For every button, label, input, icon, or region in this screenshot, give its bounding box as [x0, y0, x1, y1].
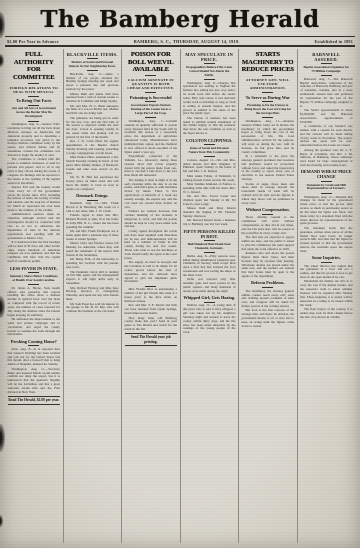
body-paragraph: Retailers who sell above the posted figu… — [242, 252, 295, 279]
crosshead: LESS FEVER IN STATE. — [8, 266, 61, 271]
body-paragraph: Misses Clara and Eleanor Guess left Mond… — [66, 242, 119, 257]
divider-rule — [28, 83, 39, 84]
divider-rule — [204, 156, 215, 157]
divider-rule — [87, 58, 98, 59]
body-paragraph: Blackville, Aug. 11.—Quite a number of o… — [66, 73, 119, 92]
divider-rule — [87, 70, 98, 71]
body-paragraph: Denmark, Aug. 11.—Mrs. Frank Brown is in… — [66, 202, 119, 214]
body-paragraph: Mr. and Mrs. H. C. Buist announce the bi… — [66, 105, 119, 117]
body-paragraph: The State's apportionment is about $3,50… — [300, 109, 353, 124]
divider-rule — [145, 92, 156, 93]
body-paragraph: The ginneries are being put in order for… — [66, 117, 119, 140]
divider-rule — [321, 181, 332, 182]
body-paragraph: Washington, Aug. 7.—Calcium arsenate in … — [125, 120, 178, 155]
crosshead: To Bring Out Facts — [8, 98, 61, 103]
body-paragraph: Among the speakers were Dr. C. E. Burts,… — [300, 149, 353, 168]
section-headline: MAY SPECULATE IN PRICE. — [183, 52, 236, 62]
body-paragraph: Experiments conducted at the Tallulah, L… — [125, 155, 178, 178]
body-paragraph: Stocks of sugar, flour, meat and shoes h… — [242, 183, 295, 206]
divider-rule — [321, 193, 332, 194]
deck: Any and All Acts of Government Across th… — [10, 107, 59, 119]
scan-artifact — [0, 54, 4, 67]
body-paragraph: Paris, Aug. 8.—It is reported here that … — [8, 348, 61, 367]
body-paragraph: Meanwhile the millers ask who is to carr… — [300, 280, 353, 307]
masthead: The Bamberg Herald — [0, 0, 360, 33]
body-paragraph: Senator Fall said the inquiry would cove… — [8, 186, 61, 213]
divider-rule — [262, 92, 273, 93]
body-paragraph: Mr. Deward Kinard made a business trip t… — [183, 219, 236, 227]
body-paragraph: The supply on hand in Georgia and the Ca… — [125, 261, 178, 284]
deck: Summary Shows Better Conditions of Healt… — [10, 275, 59, 283]
body-paragraph: Rev. J. D. Crain filled his regular appo… — [66, 140, 119, 155]
divider-rule — [321, 75, 332, 76]
body-paragraph: He attributed the improvement to the wel… — [8, 318, 61, 337]
body-paragraph: Washington, Aug. 11.—Attorney General Pa… — [242, 120, 295, 155]
established-label: Established in 1891 — [315, 39, 353, 44]
divider-rule — [262, 75, 273, 76]
subscription-price: $2.00 Per Year in Advance — [7, 39, 59, 44]
column-1: FULL AUTHORITY FOR COMMITTEEFOREIGN RELA… — [5, 49, 64, 543]
newspaper-page: The Bamberg Herald $2.00 Per Year in Adv… — [0, 0, 360, 548]
divider-rule — [204, 63, 215, 64]
body-paragraph: Washington, Aug. 9.—Charges that specula… — [183, 82, 236, 117]
deck: Government Experts Declare Dusting of th… — [127, 104, 176, 116]
deck: Baptist Association Organizes for 75 Mil… — [302, 66, 351, 74]
crosshead: To Serve as During War — [242, 95, 295, 100]
body-paragraph: A committee of one hundred was named, wi… — [300, 125, 353, 148]
columns-container: FULL AUTHORITY FOR COMMITTEEFOREIGN RELA… — [5, 49, 355, 543]
divider-rule — [145, 75, 156, 76]
promo-line: Read The Herald, $2.00 per year. — [8, 396, 61, 404]
promo-line: Send The Herald your job printing. — [125, 333, 178, 346]
body-paragraph: Colston, August 11.—Mr. and Mrs. Amos Ke… — [183, 159, 236, 174]
crosshead: Reform Problems. — [242, 280, 295, 285]
dateline-bar: $2.00 Per Year in Advance BAMBERG, S. C.… — [5, 36, 355, 47]
body-paragraph: Rev. and Mrs. T. E. Morris and little so… — [125, 304, 178, 316]
body-paragraph: Mr. W. B. Hair has purchased the Ussery … — [66, 176, 119, 191]
divider-rule — [204, 144, 215, 145]
body-paragraph: The statement holds that the guarantee, … — [300, 227, 353, 254]
body-paragraph: Administration senators made no objectio… — [8, 213, 61, 240]
divider-rule — [204, 79, 215, 80]
deck: Promising to Do the Utmost to Bring Down… — [244, 104, 293, 116]
story-subhead: FOREIGN RELATIONS TO DEAL WITH MEXICO. — [9, 86, 60, 94]
column-6: BARNWELL ASSURED.Baptist Association Org… — [298, 49, 356, 543]
body-paragraph: But food is the first concern of the ave… — [242, 309, 295, 328]
body-paragraph: Berlin, Aug. 8.—Fifty persons were kille… — [183, 255, 236, 278]
body-paragraph: Farmers are warned, however, that carele… — [125, 210, 178, 229]
story-subhead: CALCIUM ARSENATE IN QUANTITY IS BOTH CHE… — [126, 78, 177, 91]
crosshead: Whipped Girl; Gets Hazing. — [183, 295, 236, 300]
body-paragraph: How many bales will Bamberg county make … — [125, 317, 178, 332]
crosshead: COLSTON CLIPPINGS. — [183, 138, 236, 143]
scan-artifact — [0, 168, 3, 177]
divider-rule — [204, 252, 215, 253]
divider-rule — [321, 262, 332, 263]
crosshead: Some Inquiries. — [300, 255, 353, 260]
column-4: MAY SPECULATE IN PRICE.Propagandists Bel… — [181, 49, 240, 543]
body-paragraph: Order was restored only after machine gu… — [183, 278, 236, 293]
body-paragraph: The first lists are expected to appear w… — [242, 236, 295, 251]
body-paragraph: Mrs. Richard Hartzog and Miss Kate Hartz… — [66, 287, 119, 302]
body-paragraph: The wheat director has replied that the … — [300, 265, 353, 280]
crosshead: FIFTY PERSONS KILLED IN RIOT. — [183, 229, 236, 239]
body-paragraph: Mr. and Mrs. Forest Carter and children … — [183, 195, 236, 207]
body-paragraph: The dusting is done at night or in the e… — [125, 179, 178, 210]
body-paragraph: Miss Florine Rice is entertaining a numb… — [125, 288, 178, 303]
story-headline: POISON FOR BOLL WEEVIL AVAILABLE — [125, 51, 178, 74]
story-headline: FULL AUTHORITY FOR COMMITTEE — [8, 51, 61, 81]
issue-dateline: BAMBERG, S. C., THURSDAY, AUGUST 14, 191… — [134, 39, 240, 44]
body-paragraph: The machinery, the attorney general admi… — [242, 290, 295, 309]
story-subhead: ATTORNEY GEN. WILL USE FOOD ADMINISTRATI… — [243, 78, 294, 91]
deck: Items of Social and Personal Nature from… — [185, 147, 234, 155]
body-paragraph: Washington, Aug. 9.—Senator Fall's resol… — [8, 123, 61, 158]
crosshead: DEMAND WHEAT PRICE CHANGE — [300, 169, 353, 179]
column-3: POISON FOR BOLL WEEVIL AVAILABLECALCIUM … — [122, 49, 181, 543]
crosshead: Without Compensation. — [242, 207, 295, 212]
body-paragraph: Mr. Henry Folk, of the University, is sp… — [66, 258, 119, 270]
body-paragraph: Misses Ruth and Mary Kinard attended the… — [183, 207, 236, 219]
column-5: STARTS MACHINERY TO REDUCE PRICESATTORNE… — [239, 49, 298, 543]
divider-rule — [204, 240, 215, 241]
section-headline: BLACKVILLE ITEMS. — [66, 52, 119, 57]
deck: Statement by Grain and Mill Representati… — [302, 184, 351, 192]
crosshead: Poisoning is Successful — [125, 95, 178, 100]
story-headline: STARTS MACHINERY TO REDUCE PRICES — [242, 51, 295, 74]
body-paragraph: Miss Eunice Hutto entertained a few frie… — [66, 156, 119, 175]
section-headline: BARNWELL ASSURED. — [300, 52, 353, 62]
body-paragraph: Barnwell, Aug. 7.—The Barnwell Baptist A… — [300, 78, 353, 109]
crosshead: Denmark Doings. — [66, 193, 119, 198]
body-paragraph: DuPont, Aug. 11.—A young man of this pla… — [183, 304, 236, 335]
body-paragraph: Those offering counsel to the committees… — [242, 216, 295, 235]
body-paragraph: Washington, Aug. 11.—Secretary Baker and… — [8, 368, 61, 395]
body-paragraph: Misses Ruth and Annie Still have returne… — [66, 93, 119, 105]
column-2: BLACKVILLE ITEMS.Matters of Social and P… — [64, 49, 123, 543]
body-paragraph: The committee is clothed with full power… — [8, 158, 61, 185]
deck: Half Hundred Meet Death Near Chemnitz, G… — [185, 243, 234, 251]
divider-rule — [28, 96, 39, 97]
body-paragraph: Washington, Aug. 11.—Demand that changes… — [300, 196, 353, 227]
divider-rule — [28, 284, 39, 285]
newspaper-title: The Bamberg Herald — [0, 7, 360, 33]
body-paragraph: The Denmark cotton mill is running on fu… — [66, 271, 119, 286]
divider-rule — [321, 63, 332, 64]
divider-rule — [28, 272, 39, 273]
body-paragraph: It is understood that the first hearings… — [8, 241, 61, 264]
body-paragraph: Miss Tommie Kirkland, of Fairfax, is spe… — [183, 183, 236, 195]
crosshead: Pershing Coming Home? — [8, 339, 61, 344]
deck: Matters of Social and Personal Interest … — [68, 61, 117, 69]
body-paragraph: Mr. and Mrs. Frank Thompson are at home … — [66, 230, 119, 242]
body-paragraph: Mr. Sam Faust has sold his interest in t… — [66, 303, 119, 315]
body-paragraph: The flour buyers of the country, it is a… — [300, 308, 353, 320]
body-paragraph: In a statement to the press the attorney… — [242, 155, 295, 182]
divider-rule — [262, 287, 273, 288]
body-paragraph: Dr. James A. Hayne, State health officer… — [8, 287, 61, 318]
body-paragraph: The bureau of markets has been asked to … — [183, 117, 236, 136]
scan-artifact — [0, 515, 3, 527]
body-paragraph: Friends regret to learn that Mrs. Richar… — [66, 214, 119, 229]
body-paragraph: County agents throughout the cotton belt… — [125, 230, 178, 261]
deck: Propagandists Believe Fifty Cents Cotton… — [185, 66, 234, 78]
